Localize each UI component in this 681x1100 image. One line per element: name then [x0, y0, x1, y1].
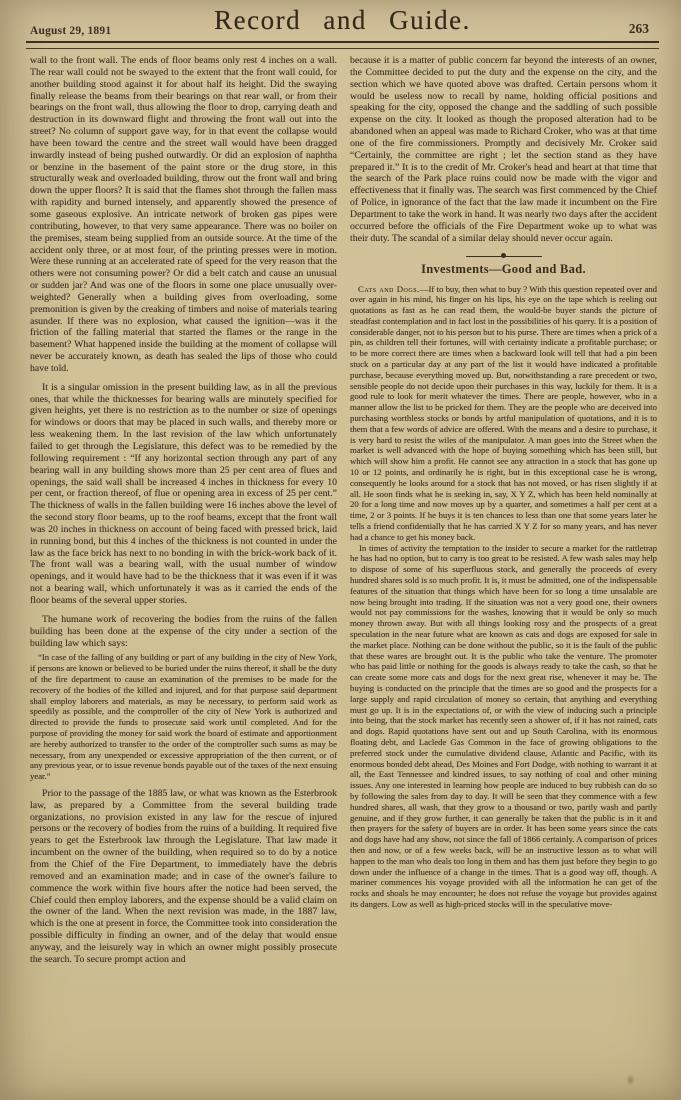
paragraph: Cats and Dogs.—If to buy, then what to b… — [350, 284, 657, 543]
section-divider — [466, 256, 542, 257]
left-column: wall to the front wall. The ends of floo… — [30, 55, 337, 1092]
paragraph: The humane work of recovering the bodies… — [30, 614, 337, 650]
article-columns: wall to the front wall. The ends of floo… — [30, 55, 657, 1092]
page-smudge — [626, 1074, 635, 1086]
lead-rest: —If to buy, then what to buy ? With this… — [350, 284, 657, 542]
masthead-rule — [26, 41, 659, 49]
publication-title: Record and Guide. — [28, 5, 657, 36]
paragraph: wall to the front wall. The ends of floo… — [30, 55, 337, 375]
lead-phrase: Cats and Dogs. — [358, 284, 420, 294]
paragraph: because it is a matter of public concern… — [350, 55, 657, 245]
divider-dot-icon — [501, 253, 506, 258]
masthead: August 29, 1891 Record and Guide. 263 — [28, 4, 657, 40]
paragraph: In times of activity the temptation to t… — [350, 543, 657, 910]
section-heading: Investments—Good and Bad. — [350, 262, 657, 277]
paragraph: Prior to the passage of the 1885 law, or… — [30, 788, 337, 966]
newspaper-page: August 29, 1891 Record and Guide. 263 wa… — [0, 0, 681, 1100]
right-column: because it is a matter of public concern… — [350, 55, 657, 1092]
page-number: 263 — [629, 21, 649, 37]
paragraph: It is a singular omission in the present… — [30, 382, 337, 607]
statute-quote: “In case of the falling of any building … — [30, 652, 337, 782]
